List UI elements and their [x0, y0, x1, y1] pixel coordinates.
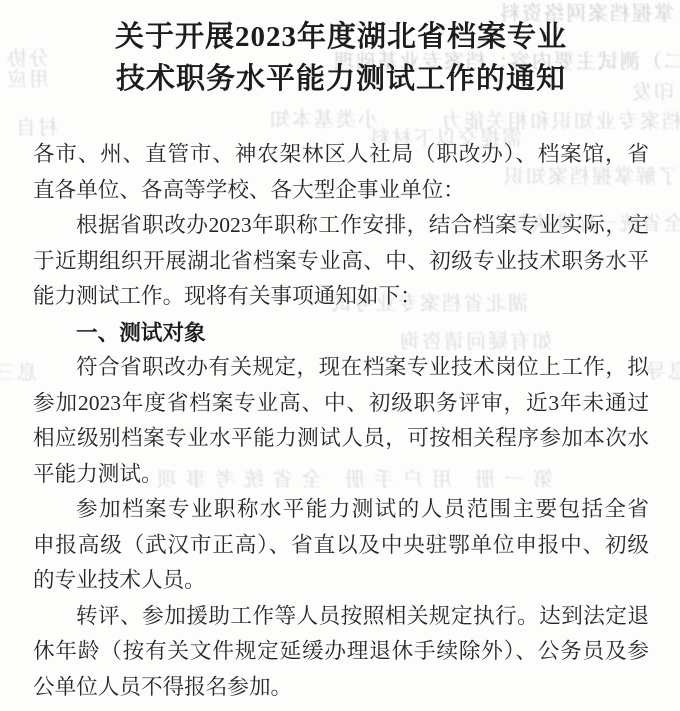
notice-body-line: 申报高级（武汉市正高）、省直以及中央驻鄂单位申报中、初级 — [33, 528, 649, 564]
bleed-through-text: 息导 — [644, 355, 680, 384]
salutation-line: 直各单位、各高等学校、各大型企事业单位： — [33, 173, 649, 209]
notice-body-line: 的专业技术人员。 — [33, 563, 649, 599]
scanned-notice-page: 掌握档案网络资料 （二）测试主要内容：档案专业基础理 印发 档案专业知识和相关能… — [0, 0, 680, 711]
notice-body-line: 平能力测试。 — [33, 457, 649, 493]
notice-body-line: 转评、参加援助工作等人员按照相关规定执行。达到法定退 — [33, 599, 649, 635]
notice-body-line: 休年龄（按有关文件规定延缓办理退休手续除外）、公务员及参 — [33, 634, 649, 670]
notice-body-line: 公单位人员不得报名参加。 — [33, 670, 649, 706]
notice-title: 关于开展2023年度湖北省档案专业 技术职务水平能力测试工作的通知 — [33, 16, 649, 100]
notice-body-line: 于近期组织开展湖北省档案专业高、中、初级专业技术职务水平 — [33, 244, 649, 280]
notice-body-line: 参加档案专业职称水平能力测试的人员范围主要包括全省 — [33, 492, 649, 528]
bleed-through-text: 息三 — [0, 356, 37, 385]
section-heading: 一、测试对象 — [33, 315, 649, 351]
notice-body-line: 能力测试工作。现将有关事项通知如下： — [33, 279, 649, 315]
notice-body-line: 相应级别档案专业水平能力测试人员，可按相关程序参加本次水 — [33, 421, 649, 457]
notice-body-line: 根据省职改办2023年职称工作安排，结合档案专业实际，定 — [33, 208, 649, 244]
salutation-line: 各市、州、直管市、神农架林区人社局（职改办）、档案馆，省 — [33, 137, 649, 173]
notice-content: 关于开展2023年度湖北省档案专业 技术职务水平能力测试工作的通知 各市、州、直… — [33, 16, 649, 705]
notice-title-line-2: 技术职务水平能力测试工作的通知 — [33, 58, 649, 100]
notice-title-line-1: 关于开展2023年度湖北省档案专业 — [33, 16, 649, 58]
notice-body: 各市、州、直管市、神农架林区人社局（职改办）、档案馆，省 直各单位、各高等学校、… — [33, 137, 649, 705]
notice-body-line: 符合省职改办有关规定，现在档案专业技术岗位上工作，拟 — [33, 350, 649, 386]
notice-body-line: 参加2023年度省档案专业高、中、初级职务评审，近3年未通过 — [33, 386, 649, 422]
